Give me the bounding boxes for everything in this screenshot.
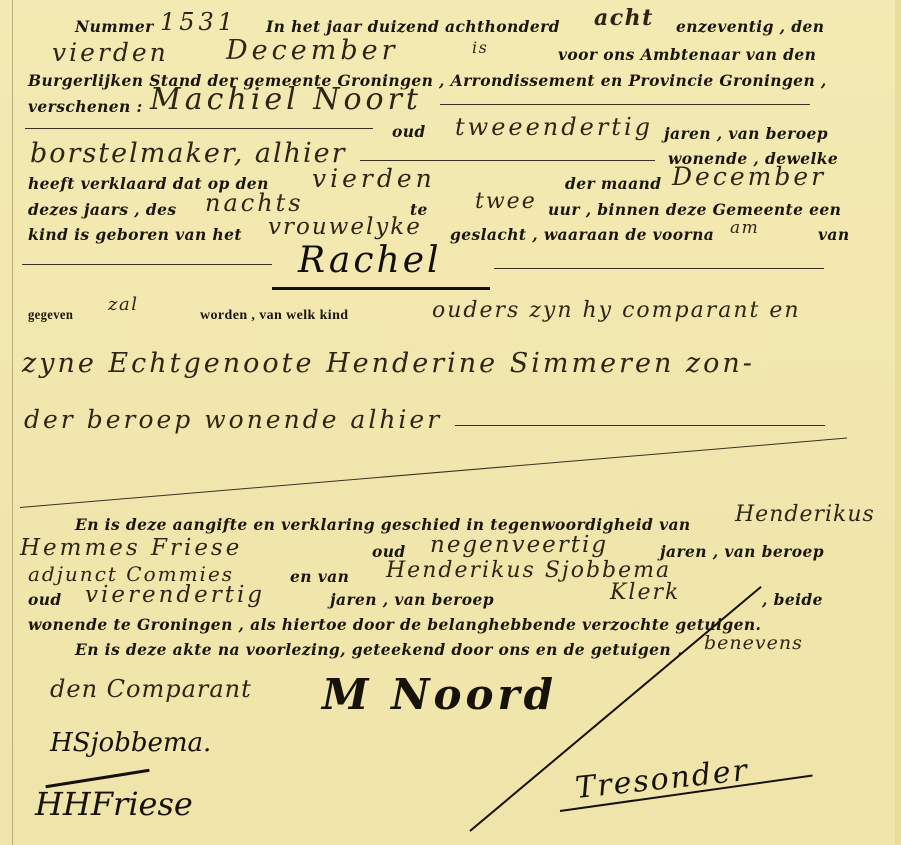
hand-day: vierden [52, 38, 169, 67]
closing-diagonal-line [20, 438, 847, 508]
printed-year-end: enzeventig , den [676, 17, 824, 36]
hand-am: am [730, 218, 759, 238]
printed-worden: worden , van welk kind [200, 308, 348, 324]
fill-line [494, 268, 824, 269]
fill-line [360, 160, 655, 161]
hand-time-of-day: nachts [205, 189, 304, 217]
printed-oud: oud [392, 122, 426, 141]
hand-month: December [226, 35, 399, 66]
printed-dezes-jaars: dezes jaars , des [28, 200, 177, 219]
hand-declarant-age: tweeendertig [455, 113, 653, 141]
hand-is: is [472, 38, 488, 57]
printed-geslacht: geslacht , waaraan de voorna [450, 225, 714, 244]
printed-akte-voorlezing: En is deze akte na voorlezing, geteekend… [75, 640, 683, 659]
hand-birth-month: December [672, 162, 826, 191]
hand-occupation: borstelmaker, alhier [30, 138, 347, 169]
hand-residence: der beroep wonende alhier [24, 405, 442, 434]
hand-witness2-age: vierendertig [85, 582, 265, 608]
printed-jaren-beroep: jaren , van beroep [330, 590, 494, 609]
hand-spouse: zyne Echtgenoote Henderine Simmeren zon- [22, 348, 755, 379]
margin-line [12, 0, 13, 845]
printed-jaren-beroep: jaren , van beroep [664, 124, 828, 143]
hand-witness1-first: Henderikus [735, 502, 875, 527]
hand-declarant-name: Machiel Noort [150, 82, 422, 117]
printed-kind-geboren: kind is geboren van het [28, 225, 242, 244]
fill-line [25, 128, 373, 129]
hand-witness1-age: negenveertig [430, 532, 608, 558]
printed-en-van: en van [290, 567, 349, 586]
hand-witness1-last: Hemmes Friese [20, 535, 242, 561]
page-edge [895, 0, 901, 845]
hand-year: acht [594, 5, 654, 31]
printed-gegeven: gegeven [28, 308, 73, 324]
printed-der-maand: der maand [565, 174, 661, 193]
printed-ambtenaar: voor ons Ambtenaar van den [558, 45, 816, 64]
signature-witness-sjobbema: HSjobbema. [50, 728, 211, 758]
hand-hour: twee [475, 189, 537, 214]
hand-birth-day: vierden [312, 164, 436, 193]
printed-nummer: Nummer [75, 17, 154, 36]
printed-oud: oud [28, 590, 62, 609]
hand-witness2-occupation: Klerk [610, 580, 680, 605]
fill-line [22, 264, 272, 265]
hand-sex: vrouwelyke [268, 214, 422, 240]
fill-line [440, 104, 810, 105]
printed-jaren-beroep: jaren , van beroep [660, 542, 824, 561]
signature-official: Tresonder [574, 753, 751, 806]
hand-record-number: 1531 [160, 8, 237, 36]
child-name: Rachel [298, 240, 442, 281]
printed-year-intro: In het jaar duizend achthonderd [266, 17, 560, 36]
printed-wonende-groningen: wonende te Groningen , als hiertoe door … [28, 615, 761, 634]
printed-verschenen: verschenen : [28, 97, 143, 116]
printed-burgerlijken-stand: Burgerlijken Stand der gemeente Groninge… [28, 71, 827, 90]
printed-beide: , beide [762, 590, 823, 609]
hand-parents: ouders zyn hy comparant en [432, 298, 801, 323]
certificate-page: Nummer 1531 In het jaar duizend achthond… [0, 0, 901, 845]
signature-comparant: M Noord [322, 670, 557, 719]
fill-line [455, 425, 825, 426]
hand-benevens: benevens [704, 632, 803, 654]
name-underline [272, 287, 490, 290]
hand-zal: zal [108, 294, 138, 315]
printed-uur-gemeente: uur , binnen deze Gemeente een [548, 200, 841, 219]
printed-van: van [818, 225, 850, 244]
signature-witness-friese: HHFriese [35, 785, 193, 823]
hand-den-comparant: den Comparant [50, 675, 252, 703]
